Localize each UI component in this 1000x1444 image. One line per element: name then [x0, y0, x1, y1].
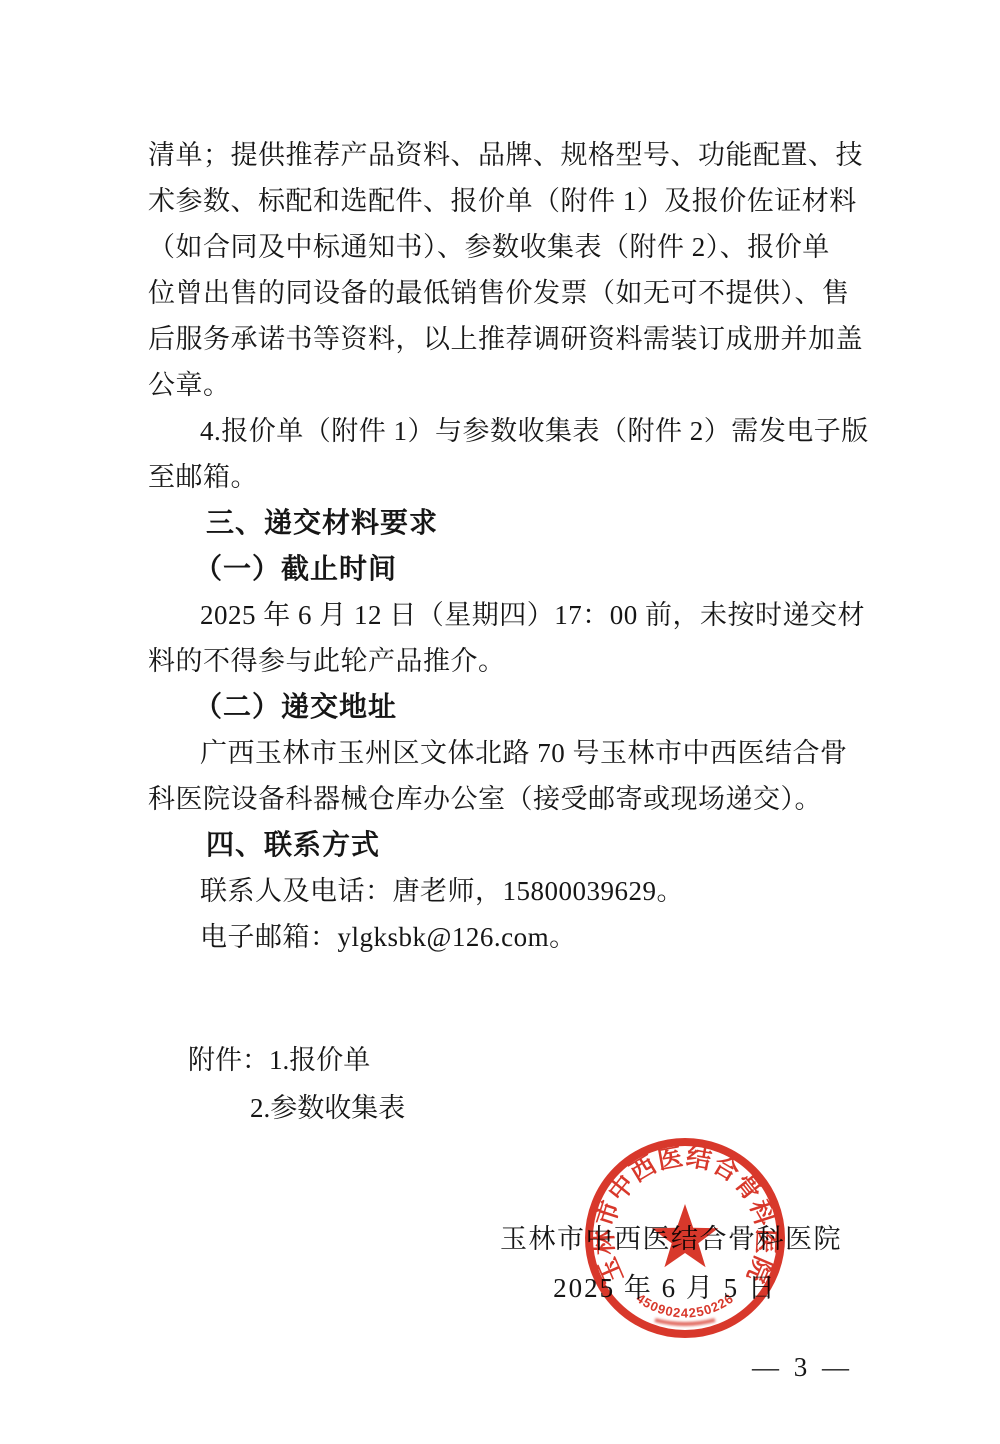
text-line: 三、递交材料要求 — [148, 500, 860, 546]
text-line: （一）截止时间 — [148, 546, 860, 592]
text-line: 广西玉林市玉州区文体北路 70 号玉林市中西医结合骨 — [148, 730, 860, 776]
text-line: 清单；提供推荐产品资料、品牌、规格型号、功能配置、技 — [148, 132, 860, 178]
signature-org: 玉林市中西医结合骨科医院 — [500, 1222, 830, 1256]
text-line: （如合同及中标通知书）、参数收集表（附件 2）、报价单 — [148, 224, 860, 270]
text-line: 2025 年 6 月 12 日（星期四）17：00 前，未按时递交材 — [148, 592, 860, 638]
text-line: 电子邮箱：ylgksbk@126.com。 — [148, 914, 860, 960]
text-line: 术参数、标配和选配件、报价单（附件 1）及报价佐证材料 — [148, 178, 860, 224]
page-number: — 3 — — [752, 1352, 853, 1383]
document-page: 清单；提供推荐产品资料、品牌、规格型号、功能配置、技术参数、标配和选配件、报价单… — [0, 0, 1000, 1444]
text-line: 公章。 — [148, 362, 860, 408]
attachment-item-1: 附件：1.报价单 — [188, 1036, 405, 1084]
stamp-watermark — [655, 1320, 715, 1324]
text-line: 四、联系方式 — [148, 822, 860, 868]
signature-date: 2025 年 6 月 5 日 — [500, 1272, 830, 1304]
text-line: 后服务承诺书等资料，以上推荐调研资料需装订成册并加盖 — [148, 316, 860, 362]
text-line: 科医院设备科器械仓库办公室（接受邮寄或现场递交）。 — [148, 776, 860, 822]
text-line: 联系人及电话：唐老师，15800039629。 — [148, 868, 860, 914]
attachments-block: 附件：1.报价单 2.参数收集表 — [188, 1036, 405, 1132]
signature-block: 玉林市中西医结合骨科医院 2025 年 6 月 5 日 — [500, 1222, 830, 1304]
text-line: 4.报价单（附件 1）与参数收集表（附件 2）需发电子版 — [148, 408, 860, 454]
text-line: 料的不得参与此轮产品推介。 — [148, 638, 860, 684]
text-line: 至邮箱。 — [148, 454, 860, 500]
text-line: （二）递交地址 — [148, 684, 860, 730]
attachment-item-2: 2.参数收集表 — [188, 1084, 405, 1132]
text-line: 位曾出售的同设备的最低销售价发票（如无可不提供）、售 — [148, 270, 860, 316]
document-body: 清单；提供推荐产品资料、品牌、规格型号、功能配置、技术参数、标配和选配件、报价单… — [148, 132, 860, 960]
